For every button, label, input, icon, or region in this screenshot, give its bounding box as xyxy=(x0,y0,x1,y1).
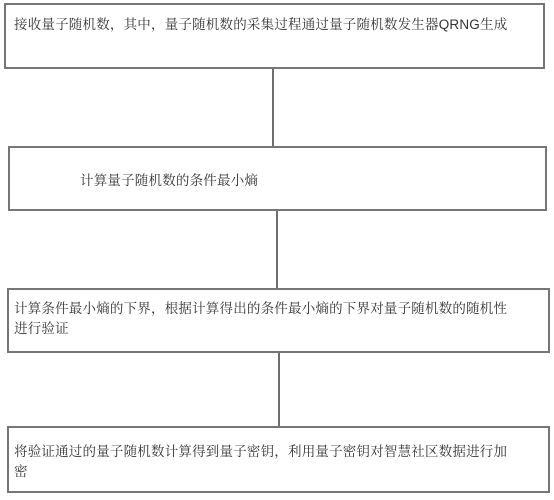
flow-step-3-verify-box: 计算条件最小熵的下界，根据计算得出的条件最小熵的下界对量子随机数的随机性 进行验… xyxy=(7,288,550,353)
connector-step1-step2 xyxy=(272,69,274,146)
flowchart-figure: 接收量子随机数，其中，量子随机数的采集过程通过量子随机数发生器QRNG生成 计算… xyxy=(0,0,554,500)
flow-step-3-text-line-2: 进行验证 xyxy=(14,319,542,339)
flow-step-2-text: 计算量子随机数的条件最小熵 xyxy=(80,171,539,191)
flow-step-1-receive-qrn-box: 接收量子随机数，其中，量子随机数的采集过程通过量子随机数发生器QRNG生成 xyxy=(4,3,545,69)
flow-step-1-text: 接收量子随机数，其中，量子随机数的采集过程通过量子随机数发生器QRNG生成 xyxy=(14,15,537,35)
flow-step-4-encrypt-box: 将验证通过的量子随机数计算得到量子密钥，利用量子密钥对智慧社区数据进行加 密 xyxy=(7,426,550,493)
flow-step-4-text-line-2: 密 xyxy=(14,462,542,482)
flow-step-3-text-line-1: 计算条件最小熵的下界，根据计算得出的条件最小熵的下界对量子随机数的随机性 xyxy=(14,299,542,319)
connector-step3-step4 xyxy=(278,353,280,426)
connector-step2-step3 xyxy=(276,211,278,288)
flow-step-4-text-line-1: 将验证通过的量子随机数计算得到量子密钥，利用量子密钥对智慧社区数据进行加 xyxy=(14,442,542,462)
flow-step-2-min-entropy-box: 计算量子随机数的条件最小熵 xyxy=(8,146,547,211)
